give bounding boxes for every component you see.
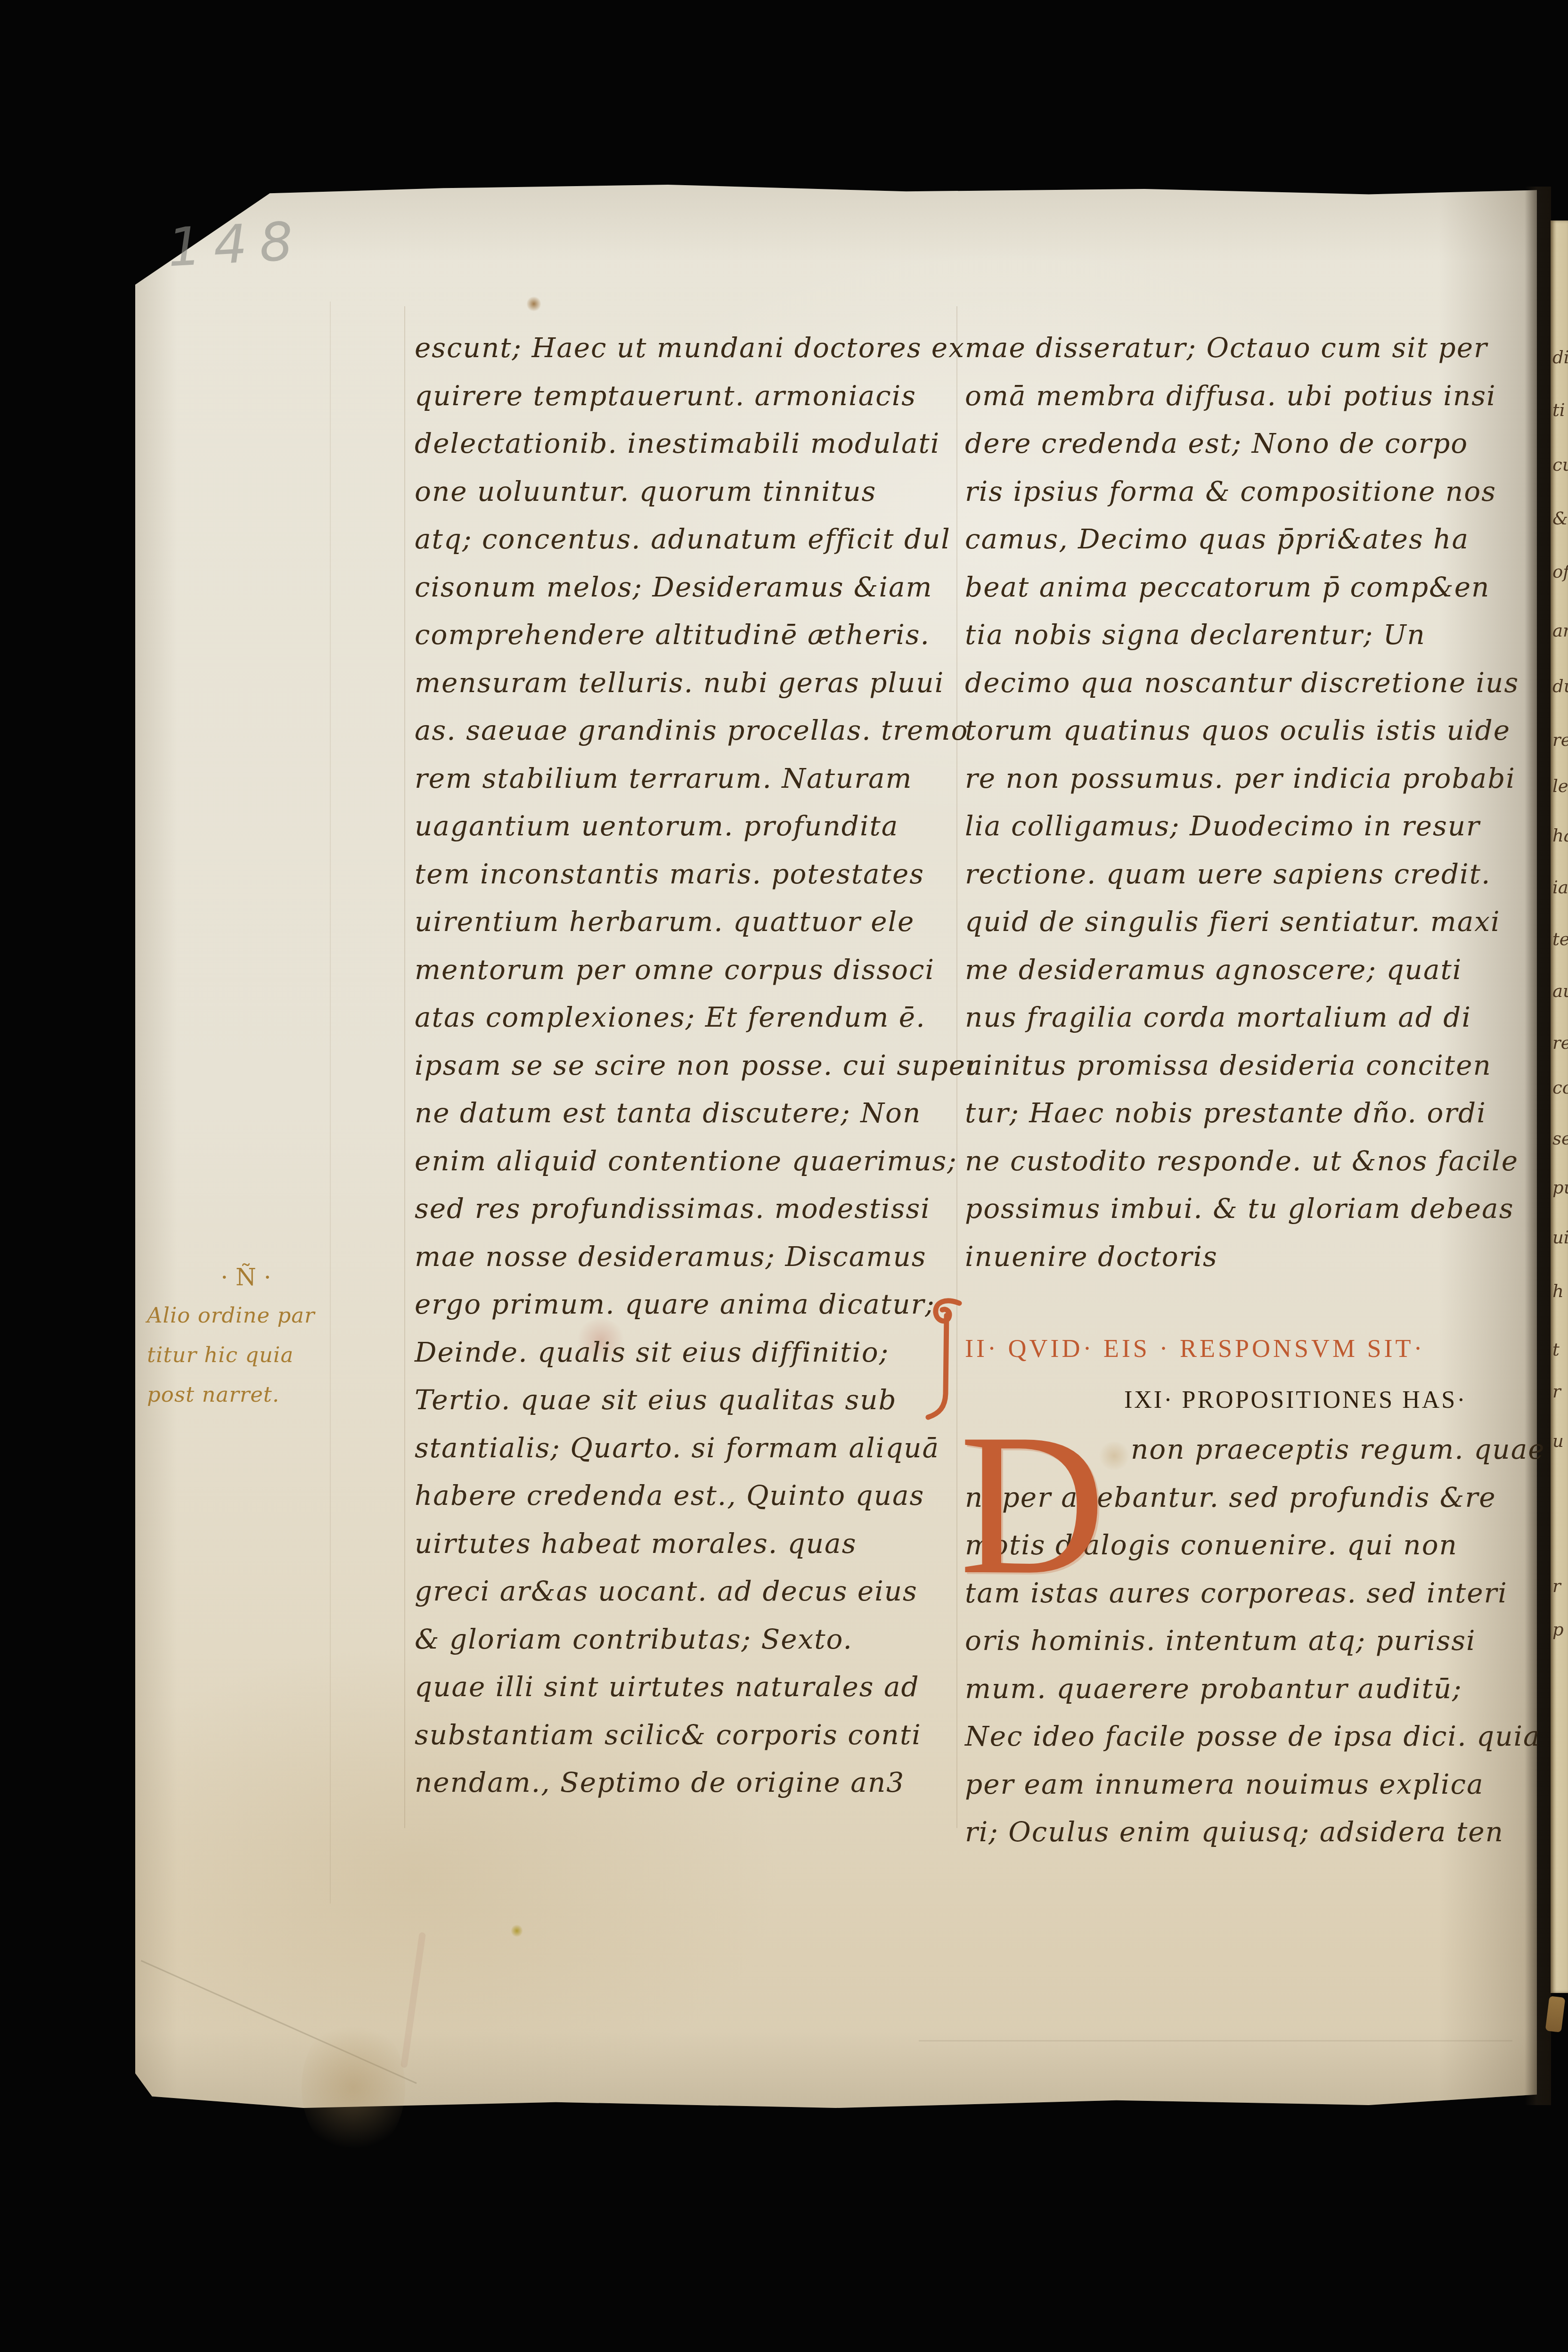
text-line: ipsam se se scire non posse. cui super: [415, 1042, 961, 1090]
text-line: tem inconstantis maris. potestates: [415, 850, 961, 898]
text-line: atas complexiones; Et ferendum ē.: [415, 994, 961, 1042]
edge-text-fragment: pu: [1552, 1179, 1568, 1196]
text-line: comprehendere altitudinē ætheris.: [415, 611, 961, 659]
text-line: uinitus promissa desideria conciten: [965, 1042, 1511, 1090]
text-line: ris ipsius forma & compositione nos: [965, 468, 1511, 516]
text-line: per eam innumera nouimus explica: [965, 1761, 1511, 1809]
text-line: possimus imbui. & tu gloriam debeas: [965, 1185, 1511, 1233]
margin-note-line: post narret.: [147, 1375, 420, 1414]
edge-text-fragment: ui: [1552, 1229, 1568, 1246]
text-line: me desideramus agnoscere; quati: [965, 946, 1511, 994]
text-line: tur; Haec nobis prestante dño. ordi: [965, 1089, 1511, 1137]
text-line: habere credenda est., Quinto quas: [415, 1472, 961, 1520]
text-line: beat anima peccatorum p̄ comp&en: [965, 563, 1511, 612]
edge-text-fragment: du: [1552, 678, 1568, 695]
text-line: ergo primum. quare anima dicatur;: [415, 1281, 961, 1329]
edge-text-fragment: ti: [1552, 401, 1565, 419]
edge-text-fragment: se: [1552, 1130, 1568, 1147]
margin-note-line: titur hic quia: [147, 1335, 420, 1375]
edge-text-fragment: ar: [1552, 622, 1568, 639]
text-line: tia nobis signa declarentur; Un: [965, 611, 1511, 659]
edge-text-fragment: te: [1552, 931, 1568, 948]
edge-text-fragment: au: [1552, 982, 1568, 1000]
edge-text-fragment: re: [1552, 1034, 1568, 1052]
text-line: sed res profundissimas. modestissi: [415, 1185, 961, 1233]
paragraph-mark-icon: [924, 1297, 967, 1429]
text-line: mum. quaerere probantur auditū;: [965, 1665, 1511, 1713]
text-line: dere credenda est; Nono de corpo: [965, 420, 1511, 468]
text-line: greci ar&as uocant. ad decus eius: [415, 1568, 961, 1616]
text-line: rectione. quam uere sapiens credit.: [965, 850, 1511, 898]
text-line: mae disseratur; Octauo cum sit per: [965, 324, 1511, 372]
left-text-column: escunt; Haec ut mundani doctores exquire…: [415, 324, 961, 1807]
edge-text-fragment: ha: [1552, 827, 1568, 844]
text-line: quae illi sint uirtutes naturales ad: [415, 1663, 961, 1711]
edge-text-fragment: le: [1552, 777, 1568, 795]
text-line: quid de singulis fieri sentiatur. maxi: [965, 898, 1511, 946]
text-line: mentorum per omne corpus dissoci: [415, 946, 961, 994]
text-line: lia colligamus; Duodecimo in resur: [965, 802, 1511, 850]
text-line: nendam., Septimo de origine an3: [415, 1759, 961, 1807]
text-line: uirentium herbarum. quattuor ele: [415, 898, 961, 946]
text-line: uirtutes habeat morales. quas: [415, 1520, 961, 1568]
rubric-line: II· QVID· EIS · RESPONSVM SIT·: [965, 1322, 1511, 1375]
edge-text-fragment: di: [1552, 349, 1568, 366]
text-line: ne custodito responde. ut &nos facile: [965, 1137, 1511, 1185]
text-line: Nec ideo facile posse de ipsa dici. quia: [965, 1713, 1511, 1761]
text-line: ri; Oculus enim quiusq; adsidera ten: [965, 1808, 1511, 1856]
text-line: nus fragilia corda mortalium ad di: [965, 994, 1511, 1042]
text-line: camus, Decimo quas p̄pri&ates ha: [965, 515, 1511, 563]
edge-text-fragment: p: [1552, 1621, 1564, 1638]
folio-number-pencil: 148: [166, 209, 307, 279]
text-line: & gloriam contributas; Sexto.: [415, 1616, 961, 1664]
margin-note: · Ñ · Alio ordine partitur hic quiapost …: [147, 1259, 420, 1414]
text-line: oris hominis. intentum atq; purissi: [965, 1617, 1511, 1665]
gutter-shadow: [1525, 187, 1551, 2105]
text-line: Deinde. qualis sit eius diffinitio;: [415, 1329, 961, 1377]
margin-note-line: Alio ordine par: [147, 1296, 420, 1335]
ruling-line: [404, 306, 405, 1828]
text-line: stantialis; Quarto. si formam aliquā: [415, 1424, 961, 1472]
text-line: mae nosse desideramus; Discamus: [415, 1233, 961, 1281]
text-line: delectationib. inestimabili modulati: [415, 420, 961, 468]
edge-text-fragment: re: [1552, 731, 1568, 749]
edge-text-fragment: r: [1552, 1577, 1561, 1595]
text-line: ne datum est tanta discutere; Non: [415, 1089, 961, 1137]
edge-text-fragment: of: [1552, 563, 1568, 580]
edge-text-fragment: cu: [1552, 456, 1568, 474]
edge-text-fragment: t: [1552, 1341, 1560, 1358]
text-line: inuenire doctoris: [965, 1233, 1511, 1281]
crease-line: [919, 2040, 1512, 2042]
text-line: omā membra diffusa. ubi potius insi: [965, 372, 1511, 420]
edge-text-fragment: r: [1552, 1383, 1561, 1400]
text-line: mensuram telluris. nubi geras pluui: [415, 659, 961, 707]
edge-text-fragment: h: [1552, 1282, 1564, 1300]
stain: [511, 1925, 523, 1937]
text-line: uagantium uentorum. profundita: [415, 802, 961, 850]
next-page-edge: [1551, 220, 1568, 1993]
text-line: escunt; Haec ut mundani doctores ex: [415, 324, 961, 372]
text-line: quirere temptauerunt. armoniacis: [415, 372, 961, 420]
crease-vertical: [330, 302, 331, 1903]
text-line: as. saeuae grandinis procellas. tremo: [415, 707, 961, 755]
text-line: atq; concentus. adunatum efficit dul: [415, 515, 961, 563]
text-line: torum quatinus quos oculis istis uide: [965, 707, 1511, 755]
margin-note-mark: · Ñ ·: [147, 1259, 345, 1296]
photo-background: 148 escunt; Haec ut mundani doctores exq…: [0, 0, 1568, 2352]
text-line: decimo qua noscantur discretione ius: [965, 659, 1511, 707]
text-line: rem stabilium terrarum. Naturam: [415, 755, 961, 803]
text-line: one uoluuntur. quorum tinnitus: [415, 468, 961, 516]
stain: [302, 2017, 405, 2158]
right-text-column: mae disseratur; Octauo cum sit peromā me…: [965, 324, 1511, 1856]
edge-text-fragment: u: [1552, 1432, 1564, 1450]
text-line: re non possumus. per indicia probabi: [965, 755, 1511, 803]
text-line: substantiam scilic& corporis conti: [415, 1711, 961, 1759]
text-line: enim aliquid contentione quaerimus;: [415, 1137, 961, 1185]
stain: [527, 296, 541, 312]
edge-text-fragment: &: [1552, 510, 1568, 527]
chapter-initial-d: D: [959, 1403, 1106, 1606]
text-line: Tertio. quae sit eius qualitas sub: [415, 1376, 961, 1424]
text-line: cisonum melos; Desideramus &iam: [415, 563, 961, 612]
edge-text-fragment: co: [1552, 1079, 1568, 1096]
edge-text-fragment: iar: [1552, 879, 1568, 896]
